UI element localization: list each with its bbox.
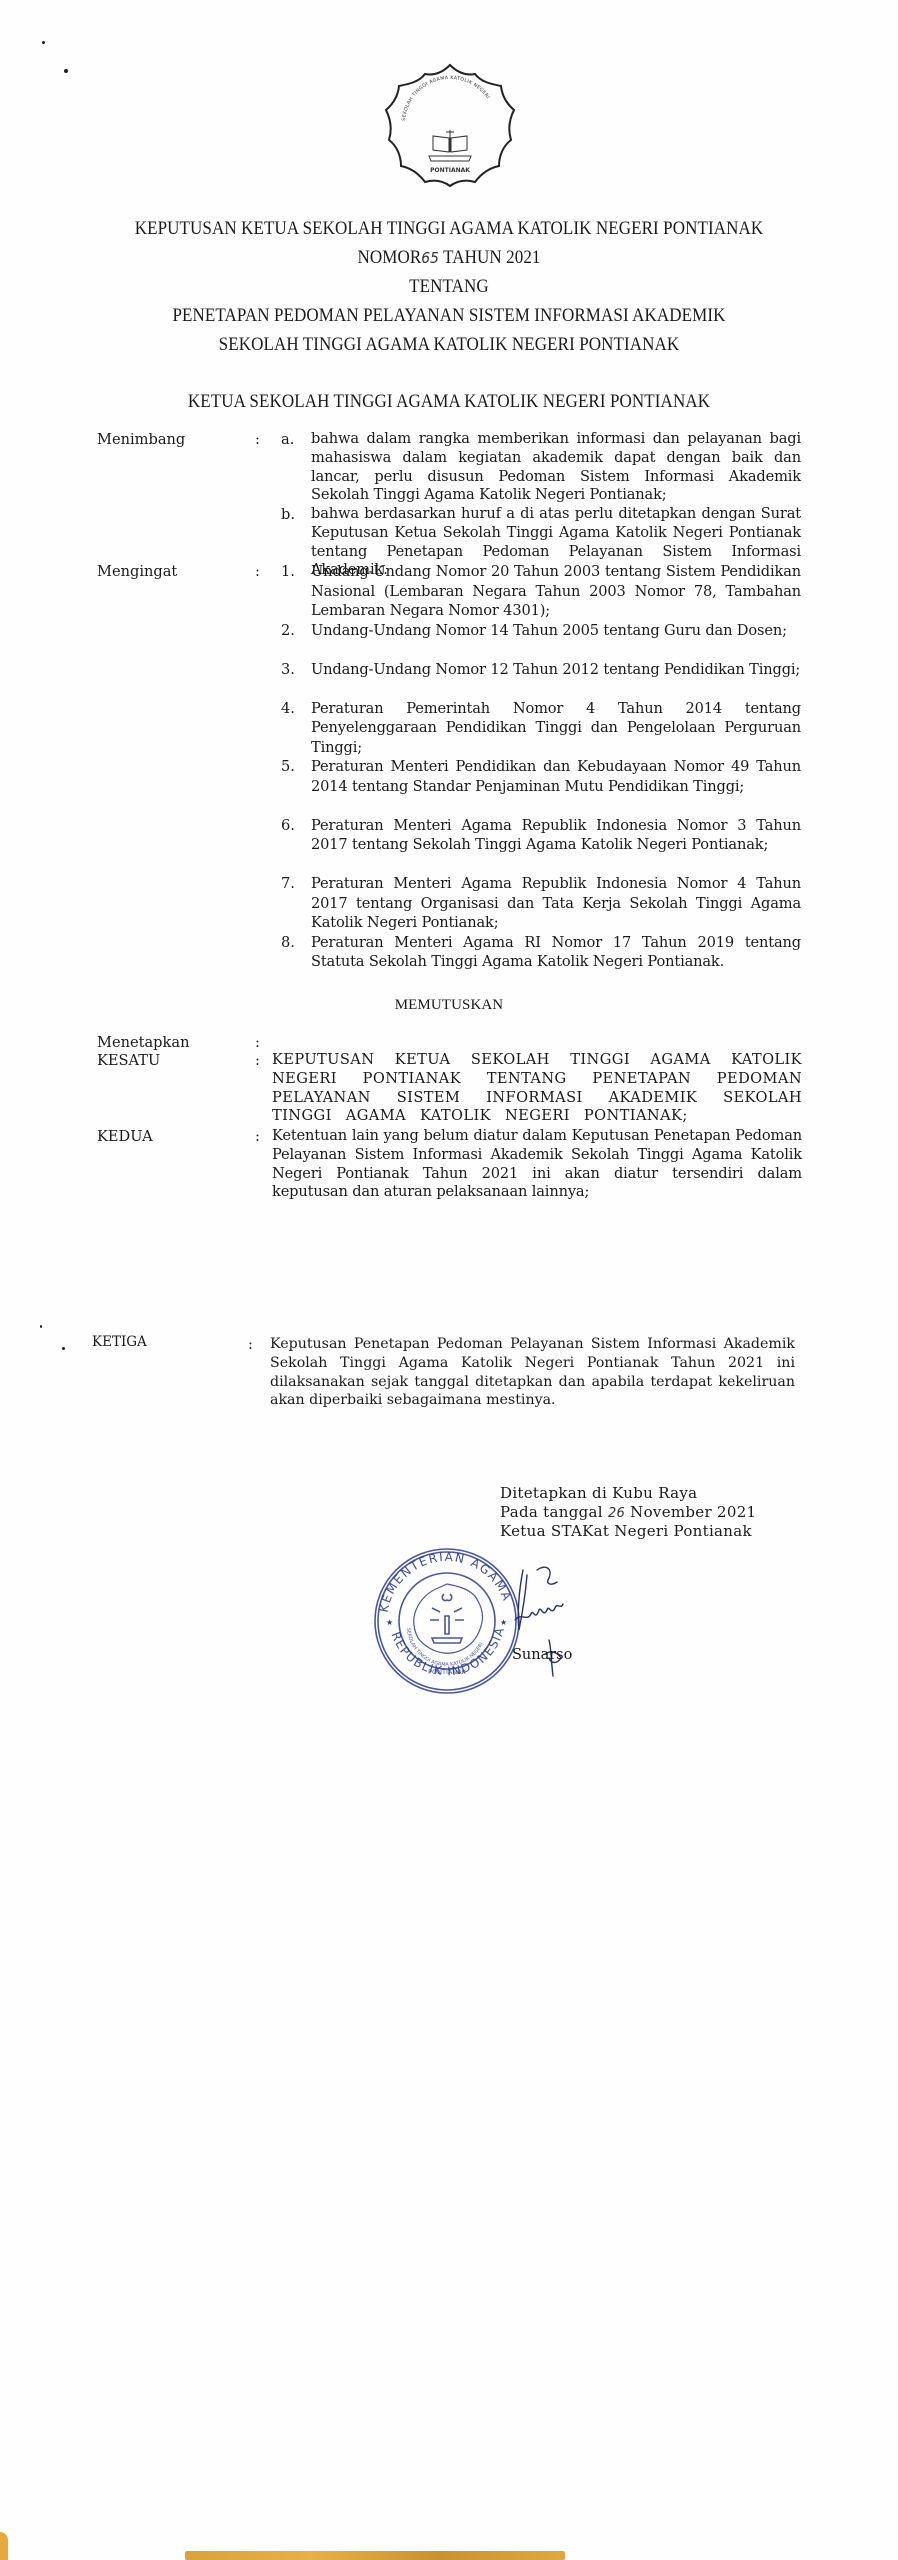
subject-line-2: SEKOLAH TINGGI AGAMA KATOLIK NEGERI PONT… bbox=[36, 331, 862, 359]
kesatu-text: KEPUTUSAN KETUA SEKOLAH TINGGI AGAMA KAT… bbox=[272, 1051, 802, 1126]
mengingat-item: Undang-Undang Nomor 20 Tahun 2003 tentan… bbox=[311, 562, 801, 621]
issuing-official: KETUA SEKOLAH TINGGI AGAMA KATOLIK NEGER… bbox=[36, 388, 862, 416]
colon: : bbox=[255, 430, 260, 449]
scan-speck bbox=[40, 1325, 42, 1328]
menetapkan-label: Menetapkan bbox=[97, 1033, 189, 1052]
mengingat-item: Peraturan Pemerintah Nomor 4 Tahun 2014 … bbox=[311, 699, 801, 758]
item-marker: 5. bbox=[281, 757, 305, 776]
scan-speck bbox=[64, 69, 68, 73]
official-stamp: KEMENTERIAN AGAMA REPUBLIK INDONESIA SEK… bbox=[372, 1546, 522, 1696]
tentang-label: TENTANG bbox=[36, 273, 862, 301]
decree-title: KEPUTUSAN KETUA SEKOLAH TINGGI AGAMA KAT… bbox=[36, 215, 862, 243]
colon: : bbox=[255, 1051, 260, 1070]
item-marker: 8. bbox=[281, 933, 305, 952]
signature-date: Pada tanggal 26 November 2021 bbox=[500, 1503, 756, 1523]
colon: : bbox=[255, 1033, 260, 1052]
memutuskan-heading: MEMUTUSKAN bbox=[0, 995, 898, 1015]
institution-logo: SEKOLAH TINGGI AGAMA KATOLIK NEGERI PONT… bbox=[383, 62, 517, 188]
logo-bottom-text: PONTIANAK bbox=[430, 167, 470, 174]
mengingat-item: Peraturan Menteri Agama Republik Indones… bbox=[311, 816, 801, 855]
kedua-text: Ketentuan lain yang belum diatur dalam K… bbox=[272, 1127, 802, 1202]
kedua-label: KEDUA bbox=[97, 1127, 153, 1146]
scan-speck bbox=[42, 41, 45, 44]
svg-text:★: ★ bbox=[386, 1618, 393, 1627]
signature-place: Ditetapkan di Kubu Raya bbox=[500, 1484, 697, 1503]
mengingat-item: Peraturan Menteri Pendidikan dan Kebuday… bbox=[311, 757, 801, 796]
decree-number-handwritten: 65 bbox=[421, 249, 439, 267]
ketiga-text: Keputusan Penetapan Pedoman Pelayanan Si… bbox=[270, 1335, 795, 1410]
signature-position: Ketua STAKat Negeri Pontianak bbox=[500, 1522, 752, 1541]
item-marker: 7. bbox=[281, 874, 305, 893]
mengingat-item: Undang-Undang Nomor 12 Tahun 2012 tentan… bbox=[311, 660, 801, 680]
stamp-inner-bottom: PONTIANAK bbox=[428, 1668, 467, 1676]
item-marker: 2. bbox=[281, 621, 305, 640]
signature-date-handwritten-day: 26 bbox=[608, 1506, 625, 1521]
book-icon bbox=[429, 130, 471, 161]
mengingat-label: Mengingat bbox=[97, 562, 177, 581]
menimbang-item-a: bahwa dalam rangka memberikan informasi … bbox=[311, 430, 801, 505]
mengingat-item: Peraturan Menteri Agama RI Nomor 17 Tahu… bbox=[311, 933, 801, 972]
svg-text:KEMENTERIAN AGAMA: KEMENTERIAN AGAMA bbox=[377, 1550, 515, 1614]
item-marker: 6. bbox=[281, 816, 305, 835]
scan-speck bbox=[62, 1347, 65, 1350]
colon: : bbox=[255, 562, 260, 581]
subject-line-1: PENETAPAN PEDOMAN PELAYANAN SISTEM INFOR… bbox=[36, 302, 862, 330]
item-marker: 3. bbox=[281, 660, 305, 679]
decree-number: NOMOR65 TAHUN 2021 bbox=[36, 244, 862, 272]
scan-edge bbox=[185, 2551, 565, 2560]
colon: : bbox=[255, 1127, 260, 1146]
stamp-top-text: KEMENTERIAN AGAMA bbox=[377, 1550, 515, 1614]
mengingat-item: Peraturan Menteri Agama Republik Indones… bbox=[311, 874, 801, 933]
ketiga-label: KETIGA bbox=[92, 1333, 147, 1352]
colon: : bbox=[248, 1335, 253, 1354]
item-marker: 1. bbox=[281, 562, 305, 581]
item-marker: a. bbox=[281, 430, 305, 449]
scan-edge bbox=[0, 2532, 8, 2560]
menimbang-label: Menimbang bbox=[97, 430, 185, 449]
mengingat-item: Undang-Undang Nomor 14 Tahun 2005 tentan… bbox=[311, 621, 801, 641]
signatory-name: Sunarso bbox=[512, 1646, 572, 1665]
item-marker: b. bbox=[281, 505, 305, 524]
kesatu-label: KESATU bbox=[97, 1051, 160, 1070]
item-marker: 4. bbox=[281, 699, 305, 718]
